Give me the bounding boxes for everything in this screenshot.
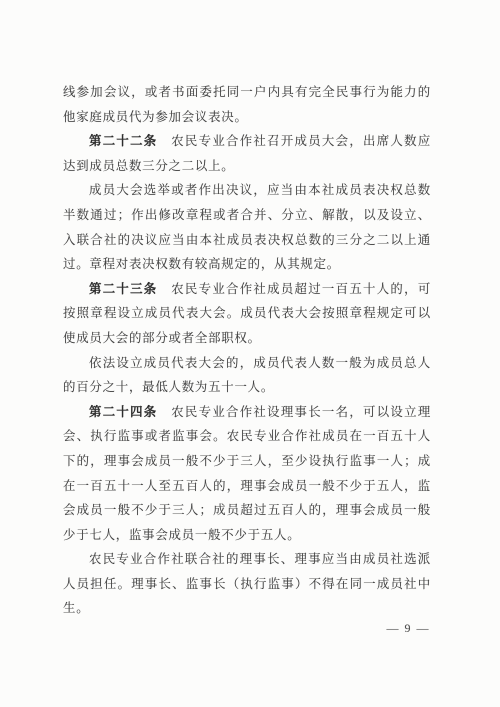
text-line: 成员大会选举或者作出决议，应当由本社成员表决权总数过 [63,178,431,203]
article-number: 第二十二条 [89,134,158,148]
text-line: 会成员一般不少于三人；成员超过五百人的，理事会成员一般不 [63,498,431,523]
text-line: 人员担任。理事长、监事长（执行监事）不得在同一成员社中产 [63,572,431,597]
text-line: 第二十三条 农民专业合作社成员超过一百五十人的，可以 [63,277,431,302]
text-line: 按照章程设立成员代表大会。成员代表大会按照章程规定可以行 [63,301,431,326]
text-line: 他家庭成员代为参加会议表决。 [63,105,431,130]
text-line: 少于七人，监事会成员一般不少于五人。 [63,523,431,548]
text-line: 农民专业合作社联合社的理事长、理事应当由成员社选派的 [63,547,431,572]
text-line: 下的，理事会成员一般不少于三人，至少设执行监事一人；成员 [63,449,431,474]
text-line: 生。 [63,596,431,621]
article-number: 第二十三条 [89,282,158,296]
text-line: 第二十二条 农民专业合作社召开成员大会，出席人数应当 [63,129,431,154]
article-number: 第二十四条 [89,405,158,419]
text-line: 依法设立成员代表大会的，成员代表人数一般为成员总人数 [63,351,431,376]
document-page: 线参加会议，或者书面委托同一户内具有完全民事行为能力的其他家庭成员代为参加会议表… [0,0,500,707]
text-line: 的百分之十，最低人数为五十一人。 [63,375,431,400]
text-line: 会、执行监事或者监事会。农民专业合作社成员在一百五十人以 [63,424,431,449]
text-line: 半数通过；作出修改章程或者合并、分立、解散，以及设立、加 [63,203,431,228]
text-line: 达到成员总数三分之二以上。 [63,154,431,179]
text-line: 第二十四条 农民专业合作社设理事长一名，可以设立理事 [63,400,431,425]
text-line: 过。章程对表决权数有较高规定的，从其规定。 [63,252,431,277]
document-body: 线参加会议，或者书面委托同一户内具有完全民事行为能力的其他家庭成员代为参加会议表… [63,80,431,621]
text-line: 使成员大会的部分或者全部职权。 [63,326,431,351]
text-line: 入联合社的决议应当由本社成员表决权总数的三分之二以上通 [63,228,431,253]
text-line: 在一百五十一人至五百人的，理事会成员一般不少于五人，监事 [63,474,431,499]
text-line: 线参加会议，或者书面委托同一户内具有完全民事行为能力的其 [63,80,431,105]
page-number: — 9 — [387,621,431,636]
